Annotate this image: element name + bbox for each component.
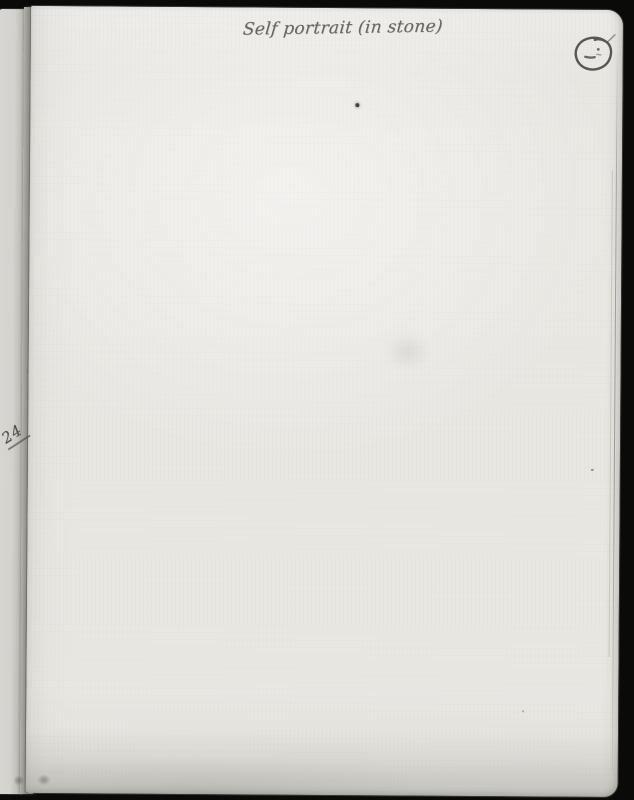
circled-scribble-icon bbox=[571, 33, 617, 75]
sketchbook-page: Self portrait (in stone) bbox=[26, 6, 623, 797]
paper-texture bbox=[26, 6, 623, 797]
page-edge-line bbox=[609, 170, 613, 657]
bottom-stain bbox=[26, 731, 618, 797]
ink-speck bbox=[355, 103, 359, 107]
scanned-sketchbook-page: 24 Self portrait (in stone) bbox=[0, 0, 634, 800]
ink-speck bbox=[591, 469, 594, 471]
ink-speck bbox=[522, 710, 524, 712]
faint-smudge bbox=[385, 332, 431, 370]
page-edge-line bbox=[611, 50, 618, 771]
handwritten-title: Self portrait (in stone) bbox=[242, 16, 444, 39]
